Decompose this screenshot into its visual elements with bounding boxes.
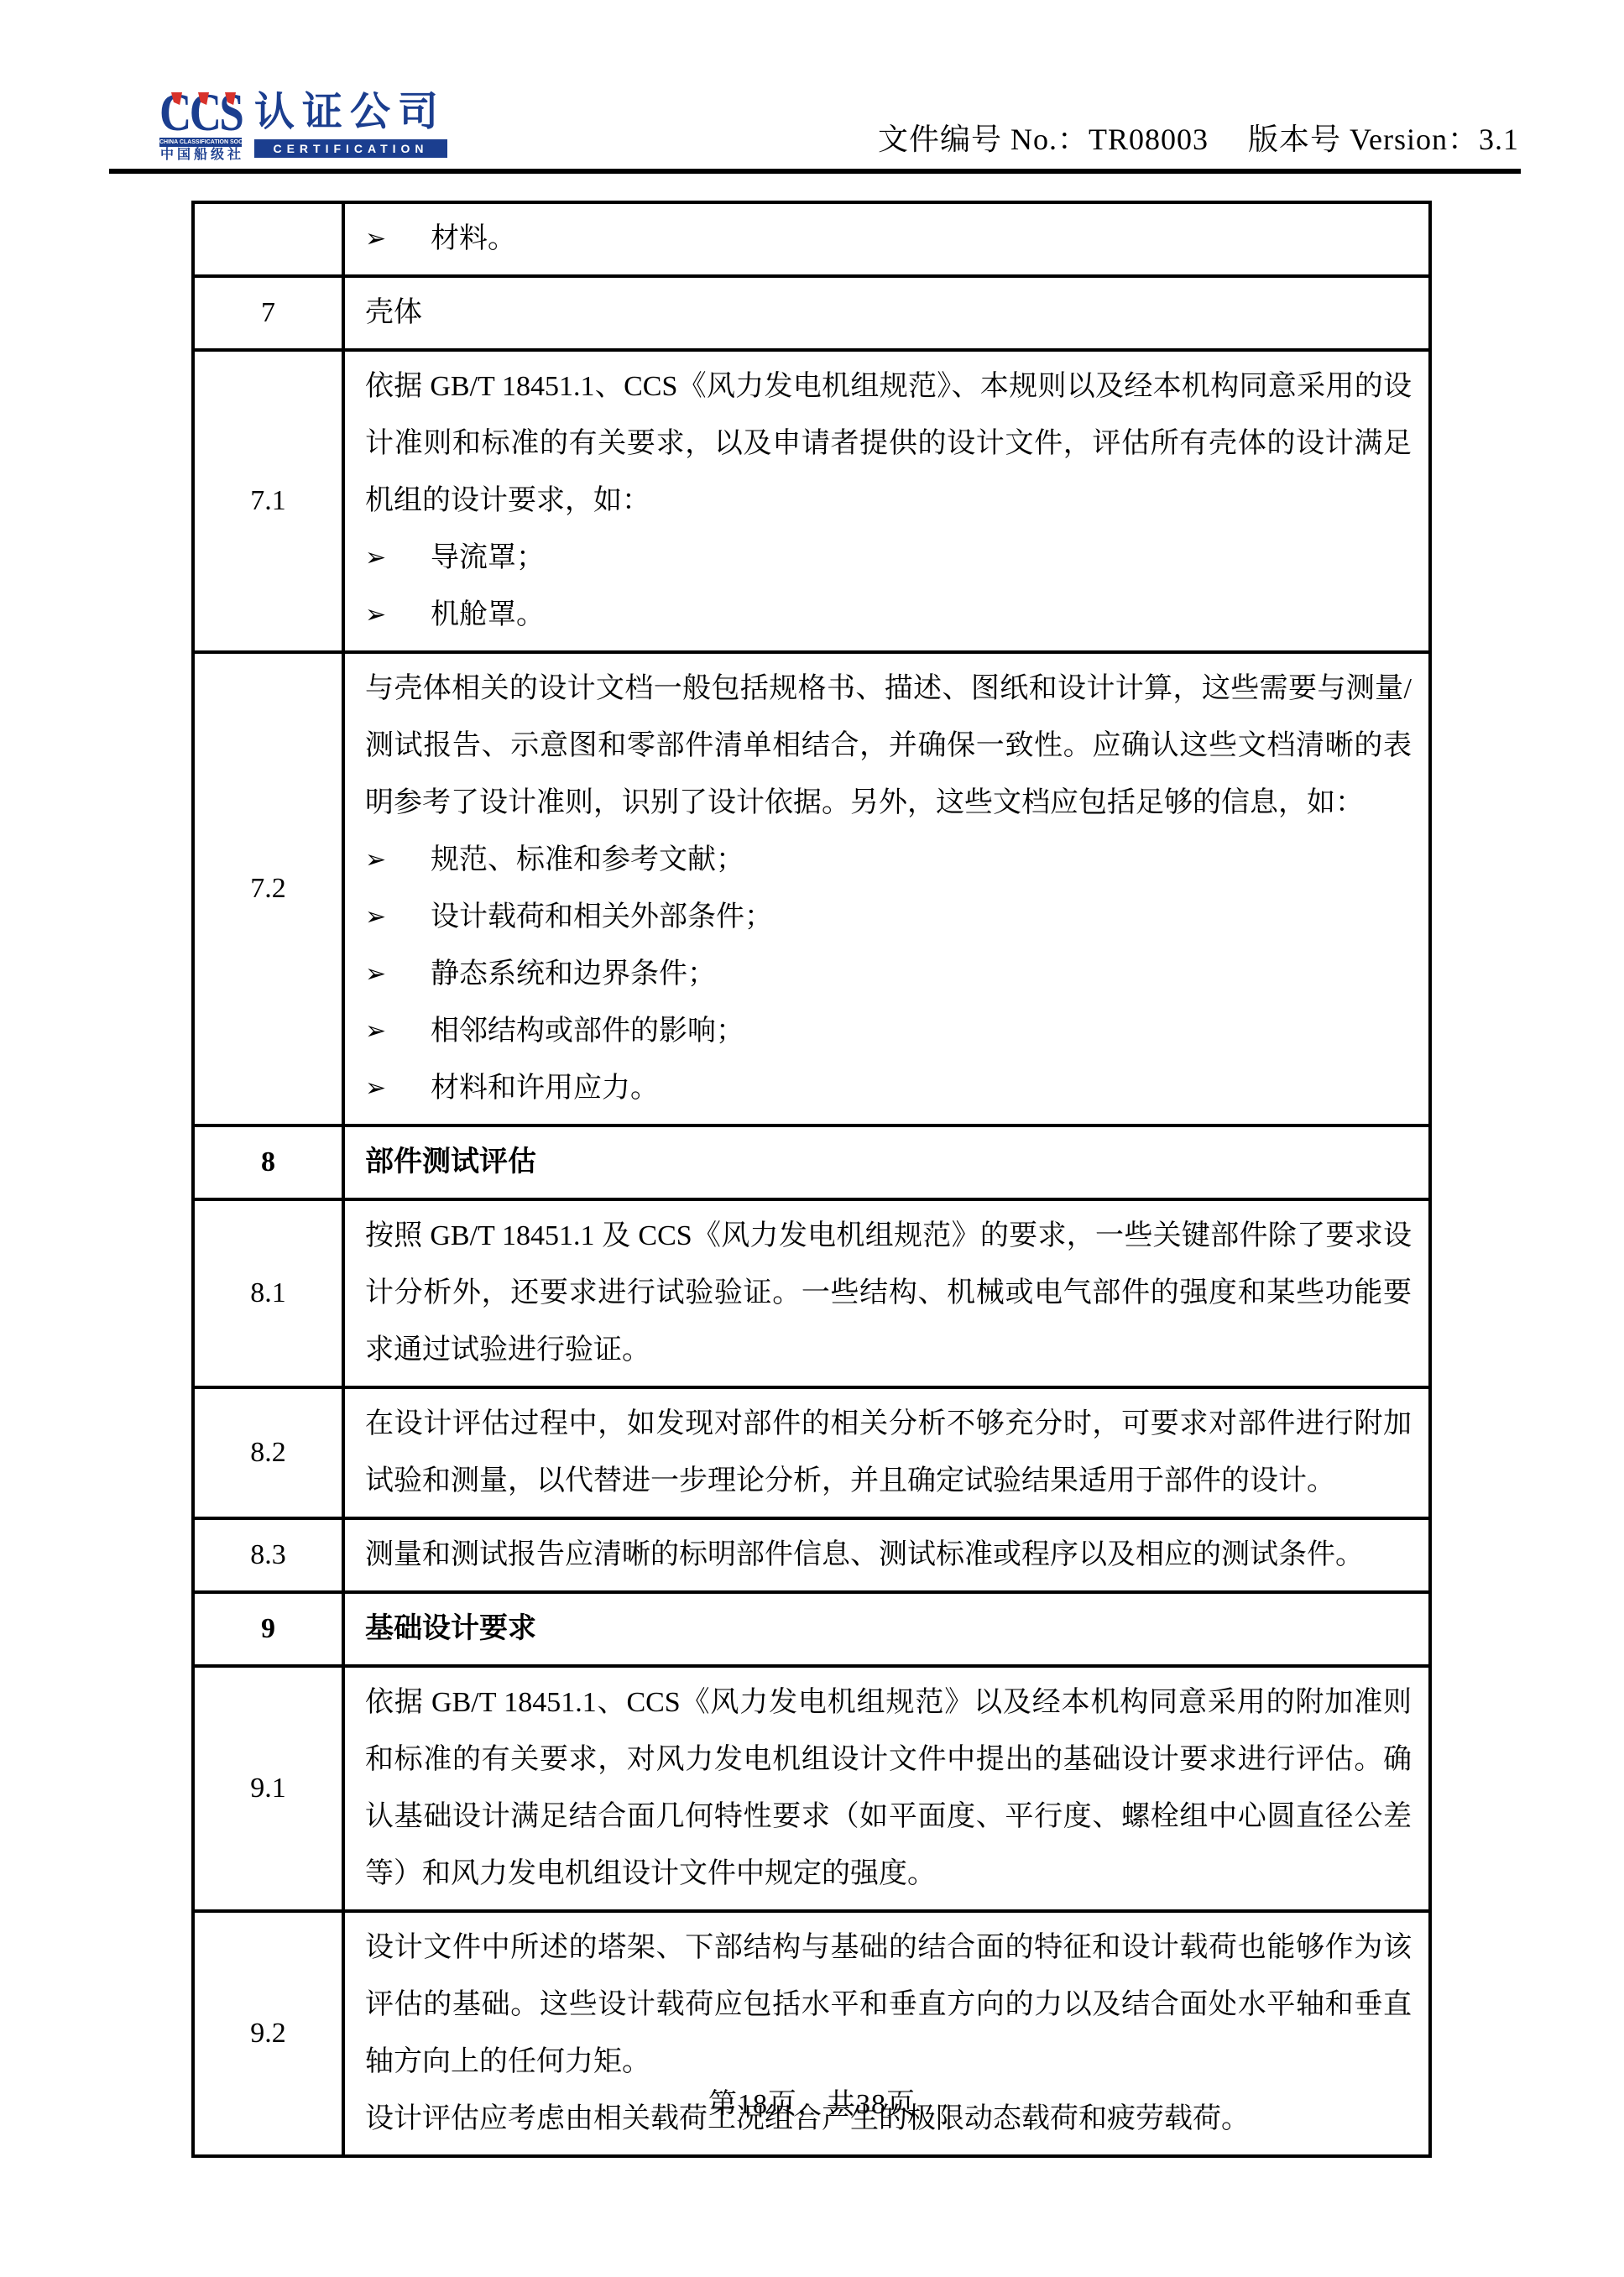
paragraph: 在设计评估过程中，如发现对部件的相关分析不够充分时，可要求对部件进行附加试验和测… (365, 1396, 1412, 1510)
arrow-bullet-icon: ➢ (365, 1060, 431, 1117)
bullet-text: 导流罩； (431, 530, 1412, 587)
arrow-bullet-icon: ➢ (365, 946, 431, 1003)
row-number: 8.2 (193, 1387, 343, 1518)
table-row: 8.2 在设计评估过程中，如发现对部件的相关分析不够充分时，可要求对部件进行附加… (193, 1387, 1430, 1518)
section-title: 部件测试评估 (365, 1134, 1412, 1191)
document-number-and-version: 文件编号 No.：TR08003 版本号 Version：3.1 (878, 123, 1519, 156)
row-number: 9 (193, 1592, 343, 1666)
paragraph: 设计文件中所述的塔架、下部结构与基础的结合面的特征和设计载荷也能够作为该评估的基… (365, 1919, 1412, 2091)
row-number: 9.1 (193, 1666, 343, 1911)
requirements-table: ➢ 材料。 7 壳体 7.1 依据 GB/T 18451.1、CCS《风力发电机… (191, 201, 1432, 2158)
table-row: 7.2 与壳体相关的设计文档一般包括规格书、描述、图纸和设计计算，这些需要与测量… (193, 652, 1430, 1125)
row-number: 8.3 (193, 1518, 343, 1592)
bullet-text: 材料和许用应力。 (431, 1060, 1412, 1117)
bullet-item: ➢ 材料。 (365, 211, 1412, 268)
paragraph: 依据 GB/T 18451.1、CCS《风力发电机组规范》、本规则以及经本机构同… (365, 358, 1412, 530)
bullet-text: 设计载荷和相关外部条件； (431, 889, 1412, 946)
table-row: 7 壳体 (193, 276, 1430, 350)
arrow-bullet-icon: ➢ (365, 587, 431, 644)
bullet-text: 相邻结构或部件的影响； (431, 1003, 1412, 1060)
paragraph: 依据 GB/T 18451.1、CCS《风力发电机组规范》以及经本机构同意采用的… (365, 1674, 1412, 1903)
bullet-item: ➢ 规范、标准和参考文献； (365, 832, 1412, 889)
arrow-bullet-icon: ➢ (365, 211, 431, 268)
table-row: 9.1 依据 GB/T 18451.1、CCS《风力发电机组规范》以及经本机构同… (193, 1666, 1430, 1911)
logo-society-cn: 中国船级社 (160, 148, 244, 163)
table-row: ➢ 材料。 (193, 202, 1430, 276)
bullet-text: 机舱罩。 (431, 587, 1412, 644)
table-row: 8 部件测试评估 (193, 1125, 1430, 1199)
paragraph: 测量和测试报告应清晰的标明部件信息、测试标准或程序以及相应的测试条件。 (365, 1527, 1412, 1584)
section-title: 壳体 (365, 285, 1412, 342)
section-title: 基础设计要求 (365, 1601, 1412, 1658)
bullet-item: ➢ 设计载荷和相关外部条件； (365, 889, 1412, 946)
bullet-text: 规范、标准和参考文献； (431, 832, 1412, 889)
table-row: 9 基础设计要求 (193, 1592, 1430, 1666)
row-number: 7.1 (193, 350, 343, 652)
logo-certification-label: CERTIFICATION (254, 139, 447, 158)
bullet-item: ➢ 机舱罩。 (365, 587, 1412, 644)
ccs-logo: CCS CHINA CLASSIFICATION SOCIETY 中国船级社 认… (159, 96, 449, 163)
row-number (193, 202, 343, 276)
table-row: 8.1 按照 GB/T 18451.1 及 CCS《风力发电机组规范》的要求，一… (193, 1199, 1430, 1387)
bullet-text: 静态系统和边界条件； (431, 946, 1412, 1003)
bullet-item: ➢ 相邻结构或部件的影响； (365, 1003, 1412, 1060)
arrow-bullet-icon: ➢ (365, 832, 431, 889)
bullet-item: ➢ 静态系统和边界条件； (365, 946, 1412, 1003)
bullet-item: ➢ 材料和许用应力。 (365, 1060, 1412, 1117)
logo-society-en: CHINA CLASSIFICATION SOCIETY (159, 138, 242, 147)
logo-company-name: 认证公司 (254, 89, 446, 136)
arrow-bullet-icon: ➢ (365, 1003, 431, 1060)
row-number: 8 (193, 1125, 343, 1199)
bullet-item: ➢ 导流罩； (365, 530, 1412, 587)
row-number: 7.2 (193, 652, 343, 1125)
arrow-bullet-icon: ➢ (365, 530, 431, 587)
row-number: 8.1 (193, 1199, 343, 1387)
table-row: 7.1 依据 GB/T 18451.1、CCS《风力发电机组规范》、本规则以及经… (193, 350, 1430, 652)
page-number: 第18页，共38页 (0, 2088, 1624, 2122)
paragraph: 按照 GB/T 18451.1 及 CCS《风力发电机组规范》的要求，一些关键部… (365, 1208, 1412, 1379)
header-divider (109, 169, 1521, 174)
table-row: 8.3 测量和测试报告应清晰的标明部件信息、测试标准或程序以及相应的测试条件。 (193, 1518, 1430, 1592)
paragraph: 与壳体相关的设计文档一般包括规格书、描述、图纸和设计计算，这些需要与测量/测试报… (365, 661, 1412, 832)
bullet-text: 材料。 (431, 211, 1412, 268)
row-number: 7 (193, 276, 343, 350)
arrow-bullet-icon: ➢ (365, 889, 431, 946)
